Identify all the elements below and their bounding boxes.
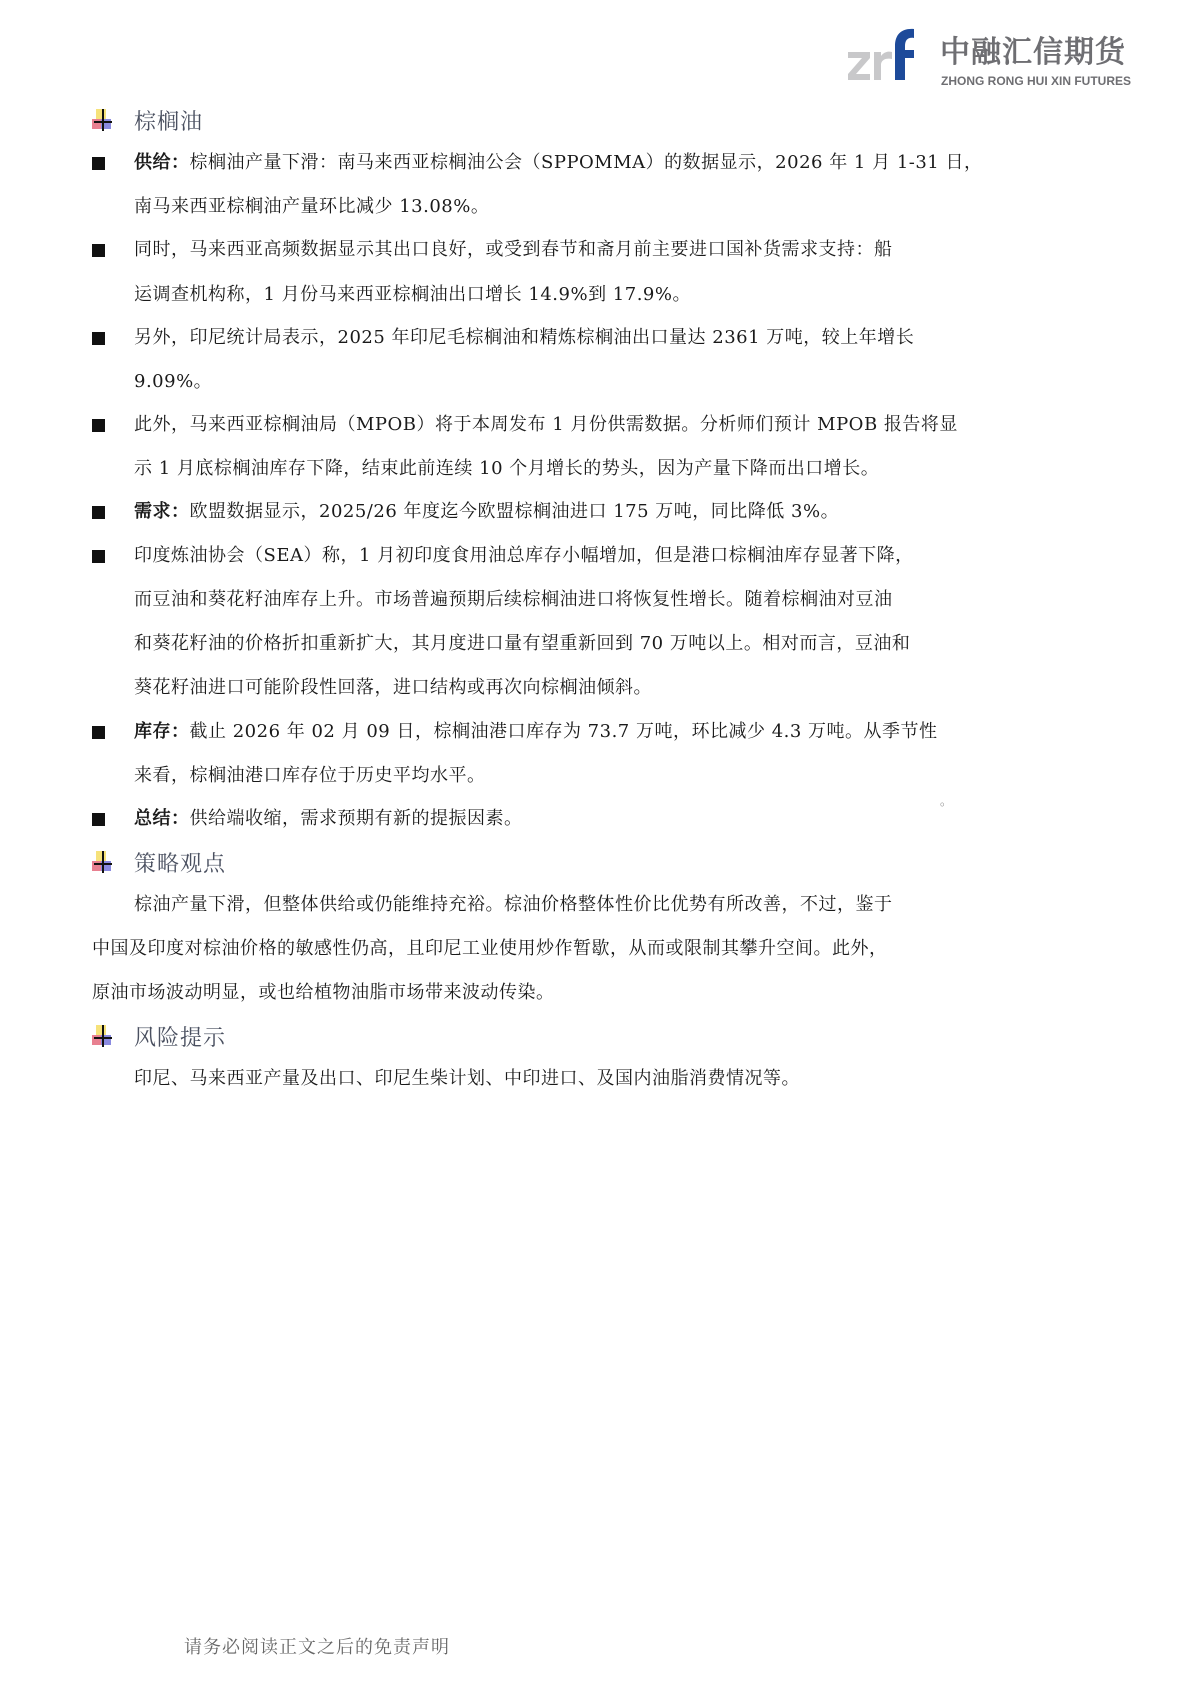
- item-text: 欧盟数据显示，2025/26 年度迄今欧盟棕榈油进口 175 万吨，同比降低 3…: [190, 501, 840, 522]
- list-item-line: 印度炼油协会（SEA）称，1 月初印度食用油总库存小幅增加，但是港口棕榈油库存显…: [134, 544, 914, 568]
- section-bullet-icon: [92, 1025, 114, 1047]
- list-item-line: 9.09%。: [134, 370, 212, 394]
- item-label: 库存：: [134, 721, 190, 742]
- list-item-line: 同时，马来西亚高频数据显示其出口良好，或受到春节和斋月前主要进口国补货需求支持：…: [134, 238, 893, 262]
- item-text: 供给端收缩，需求预期有新的提振因素。: [190, 808, 523, 829]
- list-item-line: 另外，印尼统计局表示，2025 年印尼毛棕榈油和精炼棕榈油出口量达 2361 万…: [134, 326, 914, 350]
- list-item-line: 总结：供给端收缩，需求预期有新的提振因素。: [134, 807, 523, 831]
- item-text: 截止 2026 年 02 月 09 日，棕榈油港口库存为 73.7 万吨，环比减…: [190, 721, 938, 742]
- square-bullet-icon: [92, 332, 105, 345]
- square-bullet-icon: [92, 244, 105, 257]
- section-heading-palm-oil: 棕榈油: [92, 103, 203, 137]
- list-item-line: 供给：棕榈油产量下滑：南马来西亚棕榈油公会（SPPOMMA）的数据显示，2026…: [134, 151, 982, 175]
- logo-chinese-name: 中融汇信期货: [940, 36, 1126, 70]
- list-item-line: 和葵花籽油的价格折扣重新扩大，其月度进口量有望重新回到 70 万吨以上。相对而言…: [134, 632, 910, 656]
- square-bullet-icon: [92, 813, 105, 826]
- paragraph-line: 原油市场波动明显，或也给植物油脂市场带来波动传染。: [92, 981, 555, 1005]
- list-item-line: 运调查机构称，1 月份马来西亚棕榈油出口增长 14.9%到 17.9%。: [134, 283, 691, 307]
- square-bullet-icon: [92, 726, 105, 739]
- paragraph-line: 中国及印度对棕油价格的敏感性仍高，且印尼工业使用炒作暂歇，从而或限制其攀升空间。…: [92, 937, 888, 961]
- square-bullet-icon: [92, 550, 105, 563]
- paragraph-line: 棕油产量下滑，但整体供给或仍能维持充裕。棕油价格整体性价比优势有所改善，不过，鉴…: [134, 893, 893, 917]
- stray-mark: 。: [940, 792, 952, 809]
- zrf-logo-mark-icon: [848, 26, 928, 90]
- section-title: 风险提示: [134, 1021, 226, 1052]
- list-item-line: 而豆油和葵花籽油库存上升。市场普遍预期后续棕榈油进口将恢复性增长。随着棕榈油对豆…: [134, 588, 893, 612]
- item-label: 供给：: [134, 152, 190, 173]
- square-bullet-icon: [92, 506, 105, 519]
- section-title: 策略观点: [134, 847, 226, 878]
- section-heading-risk: 风险提示: [92, 1019, 226, 1053]
- item-text: 棕榈油产量下滑：南马来西亚棕榈油公会（SPPOMMA）的数据显示，2026 年 …: [190, 152, 983, 173]
- square-bullet-icon: [92, 419, 105, 432]
- section-bullet-icon: [92, 851, 114, 873]
- section-heading-strategy: 策略观点: [92, 845, 226, 879]
- item-label: 需求：: [134, 501, 190, 522]
- section-title: 棕榈油: [134, 105, 203, 136]
- list-item-line: 来看，棕榈油港口库存位于历史平均水平。: [134, 764, 486, 788]
- list-item-line: 此外，马来西亚棕榈油局（MPOB）将于本周发布 1 月份供需数据。分析师们预计 …: [134, 413, 958, 437]
- list-item-line: 库存：截止 2026 年 02 月 09 日，棕榈油港口库存为 73.7 万吨，…: [134, 720, 938, 744]
- list-item-line: 南马来西亚棕榈油产量环比减少 13.08%。: [134, 195, 489, 219]
- footer-disclaimer: 请务必阅读正文之后的免责声明: [184, 1633, 450, 1659]
- list-item-line: 示 1 月底棕榈油库存下降，结束此前连续 10 个月增长的势头，因为产量下降而出…: [134, 457, 879, 481]
- company-logo: 中融汇信期货 ZHONG RONG HUI XIN FUTURES: [848, 26, 1128, 90]
- list-item-line: 葵花籽油进口可能阶段性回落，进口结构或再次向棕榈油倾斜。: [134, 676, 652, 700]
- list-item-line: 需求：欧盟数据显示，2025/26 年度迄今欧盟棕榈油进口 175 万吨，同比降…: [134, 500, 839, 524]
- paragraph-line: 印尼、马来西亚产量及出口、印尼生柴计划、中印进口、及国内油脂消费情况等。: [134, 1067, 800, 1091]
- logo-english-name: ZHONG RONG HUI XIN FUTURES: [941, 74, 1131, 88]
- square-bullet-icon: [92, 157, 105, 170]
- section-bullet-icon: [92, 109, 114, 131]
- item-label: 总结：: [134, 808, 190, 829]
